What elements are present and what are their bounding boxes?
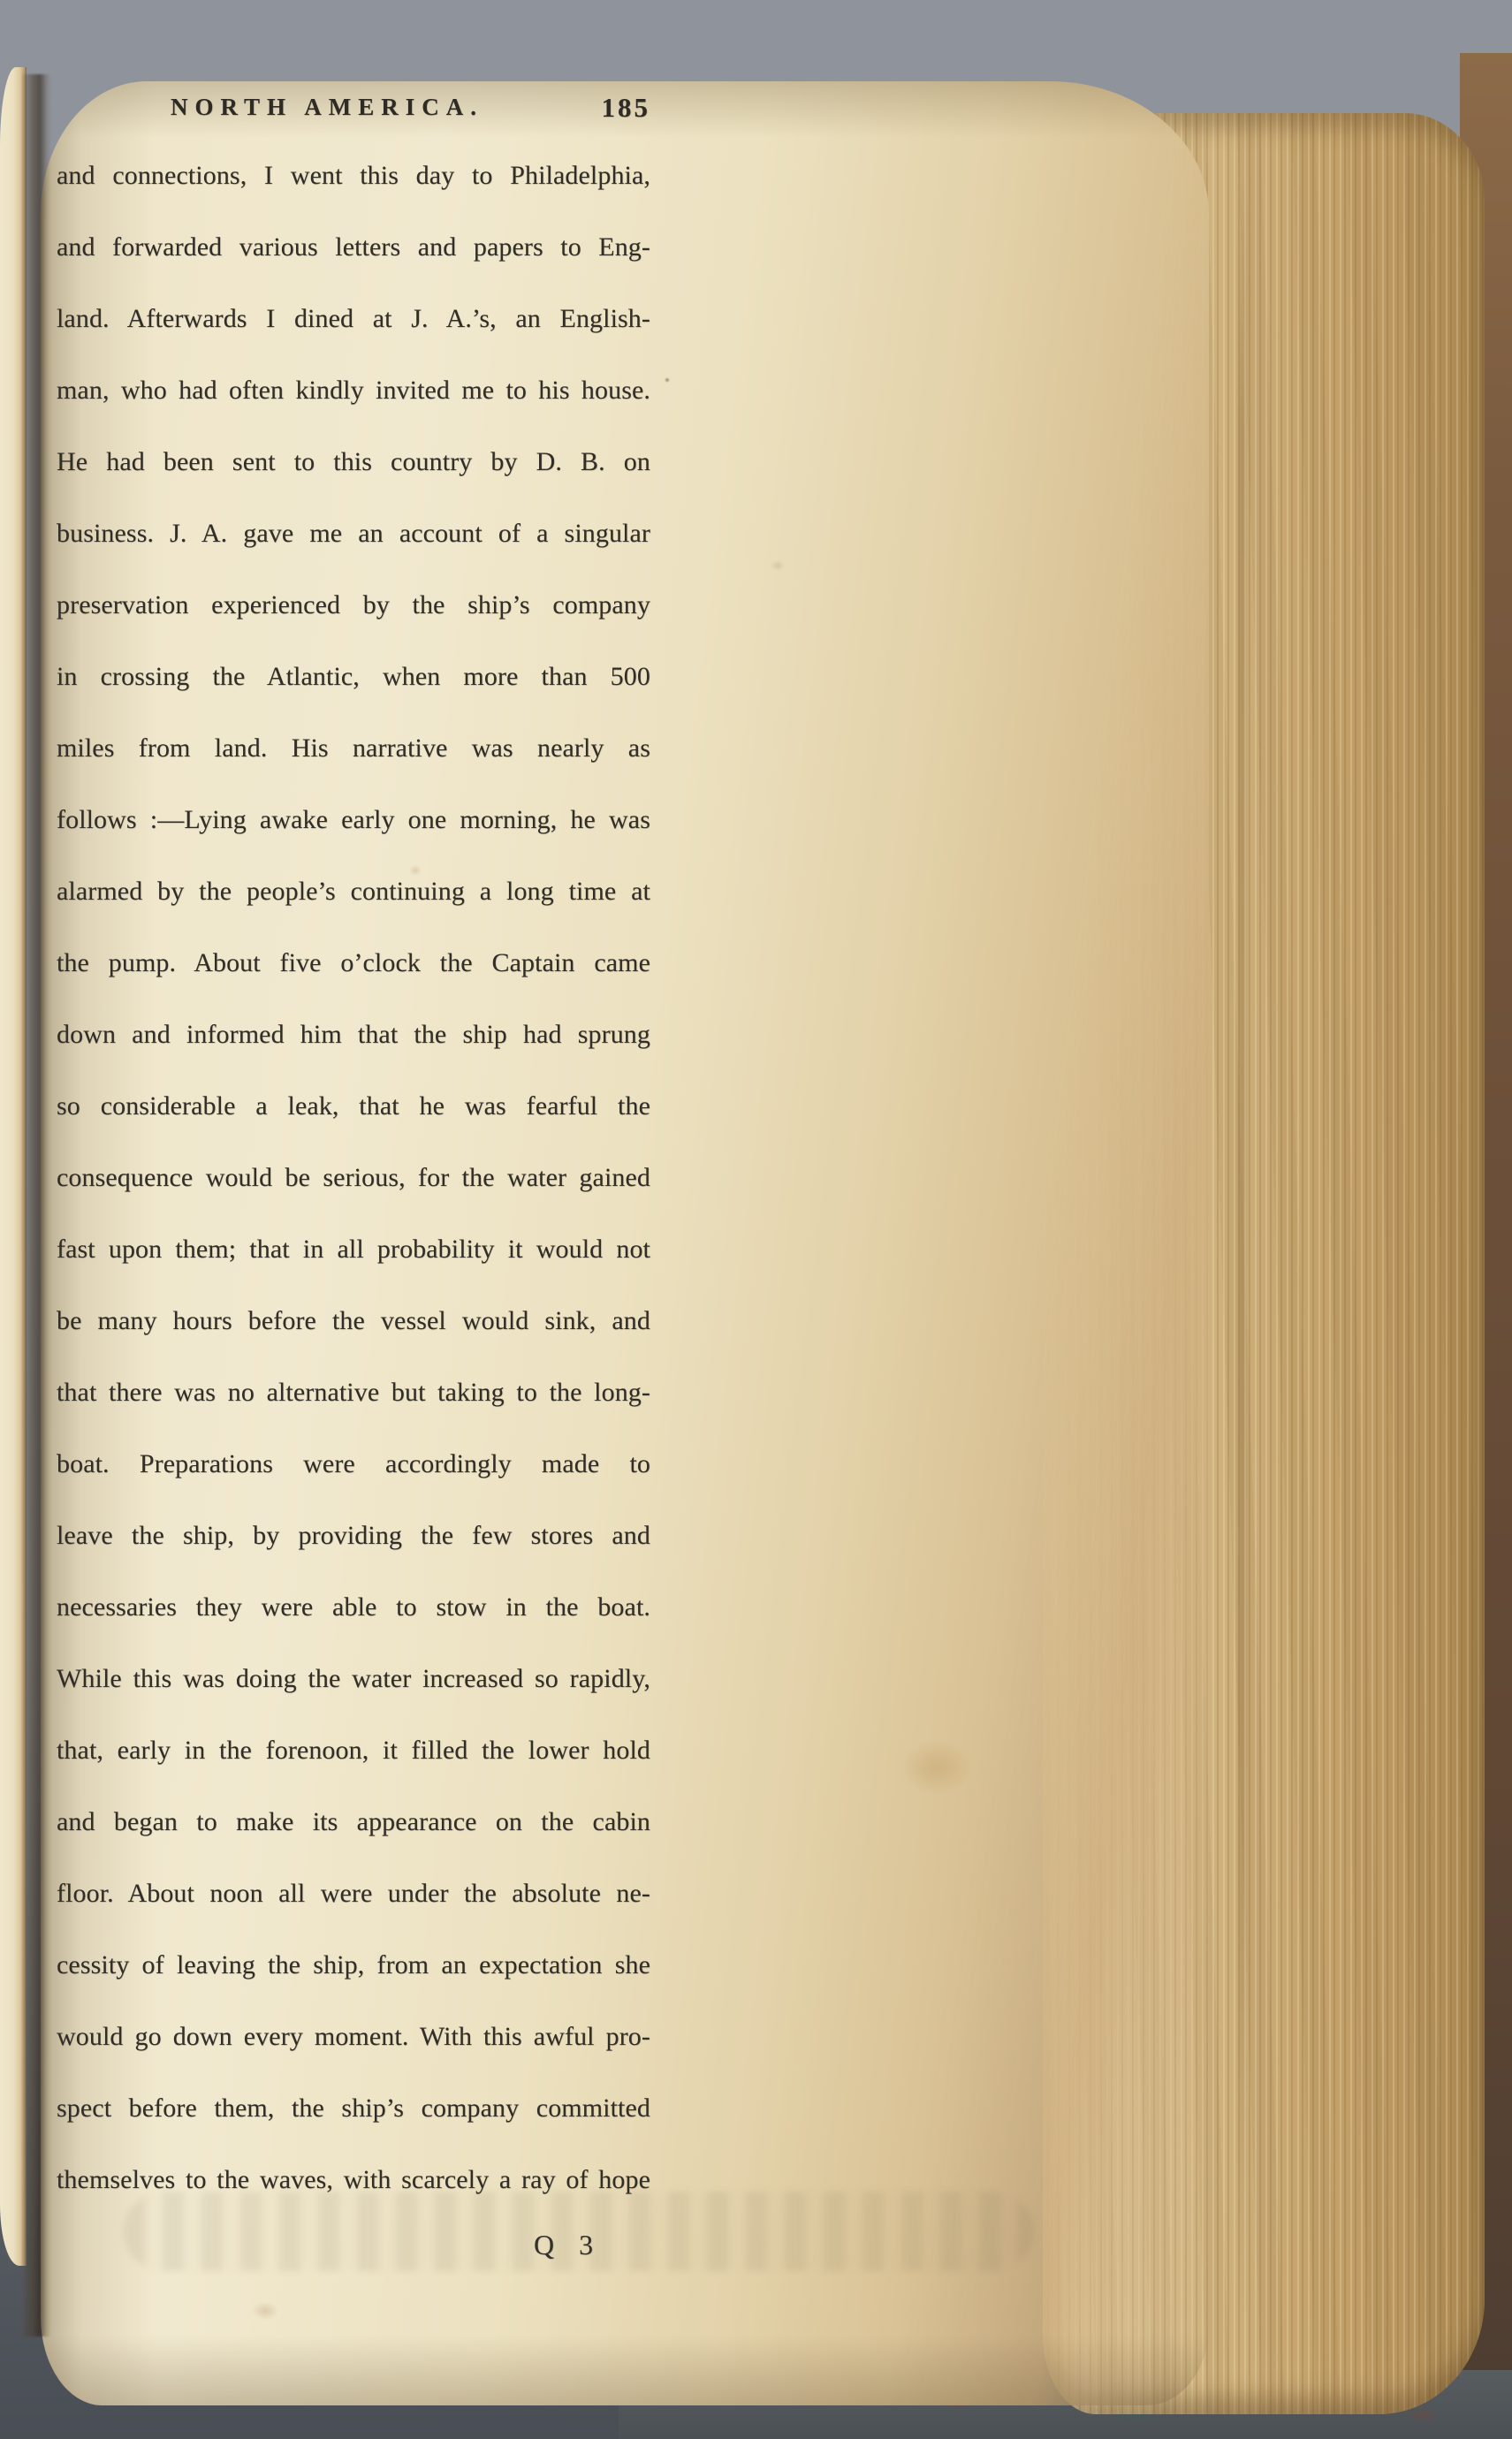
text-line: down and informed him that the ship had … xyxy=(57,999,650,1070)
text-line: miles from land. His narrative was nearl… xyxy=(57,712,650,784)
text-line: follows :—Lying awake early one morning,… xyxy=(57,784,650,855)
text-line: and connections, I went this day to Phil… xyxy=(57,140,650,211)
signature-mark: Q 3 xyxy=(534,2229,602,2261)
text-line: land. Afterwards I dined at J. A.’s, an … xyxy=(57,283,650,354)
text-line: necessaries they were able to stow in th… xyxy=(57,1571,650,1643)
text-line: preservation experienced by the ship’s c… xyxy=(57,569,650,641)
text-line: While this was doing the water increased… xyxy=(57,1643,650,1714)
text-line: the pump. About five o’clock the Captain… xyxy=(57,927,650,999)
text-line: man, who had often kindly invited me to … xyxy=(57,354,650,426)
text-line: in crossing the Atlantic, when more than… xyxy=(57,641,650,712)
text-line: fast upon them; that in all probability … xyxy=(57,1213,650,1285)
text-line: consequence would be serious, for the wa… xyxy=(57,1142,650,1213)
text-line: themselves to the waves, with scarcely a… xyxy=(57,2144,650,2215)
text-line: business. J. A. gave me an account of a … xyxy=(57,498,650,569)
signature-row: Q 3 xyxy=(57,2229,650,2261)
text-line: and began to make its appearance on the … xyxy=(57,1786,650,1858)
page-crease-line xyxy=(1239,177,1245,2315)
text-line: cessity of leaving the ship, from an exp… xyxy=(57,1929,650,2001)
text-line: and forwarded various letters and papers… xyxy=(57,211,650,283)
text-line: so considerable a leak, that he was fear… xyxy=(57,1070,650,1142)
text-line: would go down every moment. With this aw… xyxy=(57,2001,650,2072)
text-line: floor. About noon all were under the abs… xyxy=(57,1858,650,1929)
running-header-title: NORTH AMERICA. xyxy=(57,94,597,121)
text-line: that there was no alternative but taking… xyxy=(57,1356,650,1428)
text-line: leave the ship, by providing the few sto… xyxy=(57,1500,650,1571)
text-line: spect before them, the ship’s company co… xyxy=(57,2072,650,2144)
page-number: 185 xyxy=(602,92,651,124)
text-line: that, early in the forenoon, it filled t… xyxy=(57,1714,650,1786)
gutter-shadow xyxy=(21,74,51,2336)
running-header: NORTH AMERICA. 185 xyxy=(57,94,650,140)
text-line: alarmed by the people’s continuing a lon… xyxy=(57,855,650,927)
text-line: boat. Preparations were accordingly made… xyxy=(57,1428,650,1500)
book-page-scan: NORTH AMERICA. 185 and connections, I we… xyxy=(0,0,1512,2439)
text-line: He had been sent to this country by D. B… xyxy=(57,426,650,498)
text-line: be many hours before the vessel would si… xyxy=(57,1285,650,1356)
body-text-block: and connections, I went this day to Phil… xyxy=(57,140,650,2215)
